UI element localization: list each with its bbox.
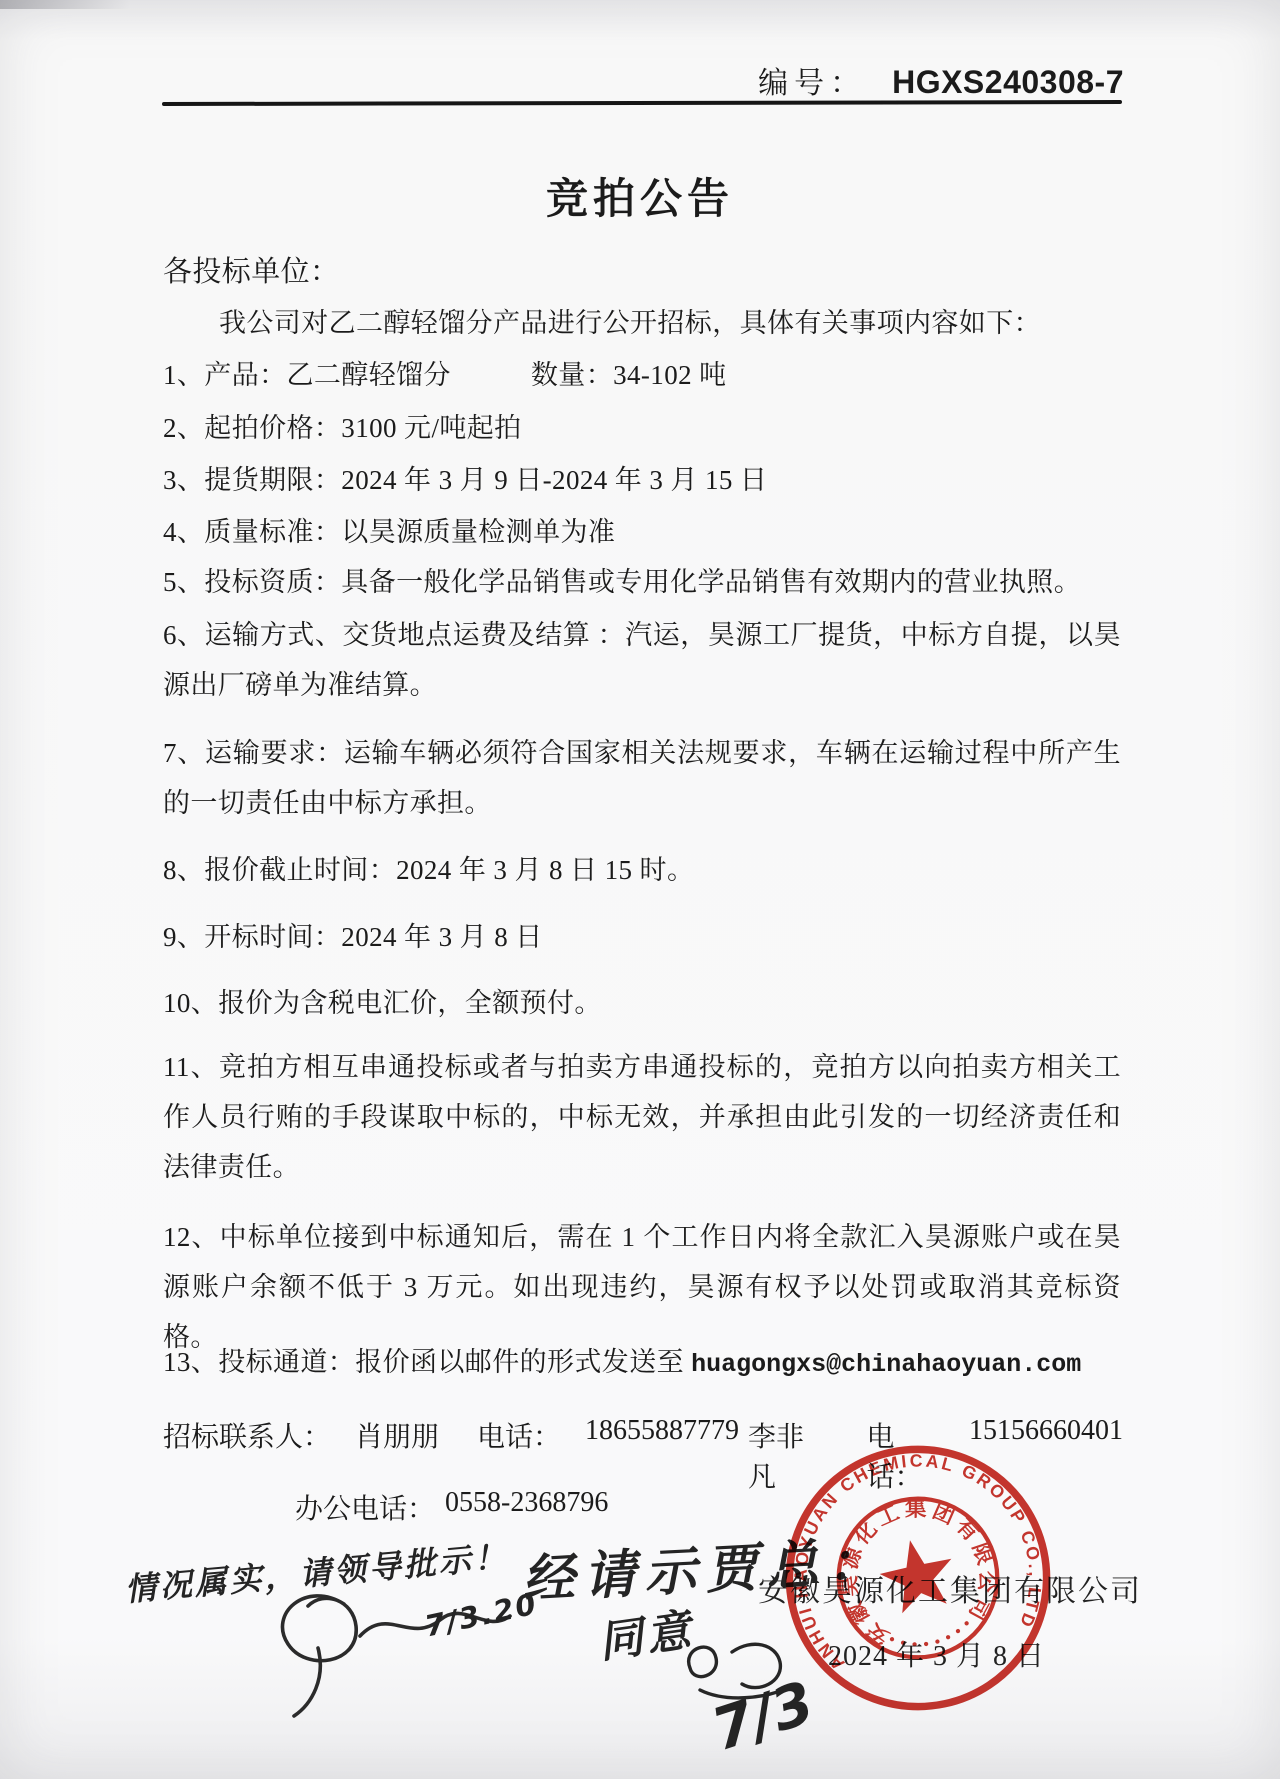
company-stamp: ANHUI HAOYUAN CHEMICAL GROUP CO., LTD 安徽… [740, 1400, 1096, 1756]
list-item-6: 6、运输方式、交货地点运费及结算 ：汽运，昊源工厂提货，中标方自提，以昊源出厂磅… [163, 610, 1121, 710]
list-item-2: 2、起拍价格：3100 元/吨起拍 [163, 408, 1121, 448]
list-item-10: 10、报价为含税电汇价，全额预付。 [163, 983, 1121, 1023]
header-rule [162, 100, 1122, 106]
list-item-8: 8、报价截止时间：2024 年 3 月 8 日 15 时。 [163, 850, 1121, 890]
office-phone-label: 办公电话： [295, 1487, 435, 1527]
intro-paragraph: 我公司对乙二醇轻馏分产品进行公开招标，具体有关事项内容如下： [163, 303, 1121, 343]
stamp-microtext-dots [889, 1621, 971, 1653]
list-item-9: 9、开标时间：2024 年 3 月 8 日 [163, 917, 1121, 957]
bid-email: huagongxs@chinahaoyuan.com [691, 1350, 1081, 1379]
document-number-label: 编号： [758, 58, 866, 102]
list-item-13: 13、投标通道：报价函以邮件的形式发送至 huagongxs@chinahaoy… [163, 1342, 1121, 1385]
contact-1-phone-label: 电话： [477, 1415, 561, 1455]
scanned-auction-notice: 编号： HGXS240308-7 竞拍公告 各投标单位： 我公司对乙二醇轻馏分产… [0, 0, 1280, 1779]
office-phone: 0558-2368796 [445, 1487, 608, 1527]
document-number-value: HGXS240308-7 [892, 64, 1124, 101]
list-item-5: 5、投标资质：具备一般化学品销售或专用化学品销售有效期内的营业执照。 [163, 562, 1121, 602]
list-item-12: 12、中标单位接到中标通知后，需在 1 个工作日内将全款汇入昊源账户或在昊源账户… [163, 1212, 1121, 1362]
contact-1-phone: 18655887779 [585, 1415, 739, 1455]
list-item-7: 7、运输要求：运输车辆必须符合国家相关法规要求，车辆在运输过程中所产生的一切责任… [163, 728, 1121, 828]
contact-label: 招标联系人： [163, 1415, 331, 1455]
contact-1-name: 肖朋朋 [355, 1415, 439, 1455]
stamp-star [874, 1533, 960, 1616]
contact-1: 招标联系人： 肖朋朋 电话： 18655887779 [163, 1415, 739, 1455]
page-title: 竞拍公告 [0, 166, 1280, 226]
list-item-1: 1、产品：乙二醇轻馏分数量：34-102 吨 [163, 355, 1121, 395]
item-1-product: 1、产品：乙二醇轻馏分 [163, 360, 451, 390]
item-13-text: 13、投标通道：报价函以邮件的形式发送至 [163, 1347, 691, 1377]
office-phone-row: 办公电话： 0558-2368796 [295, 1487, 608, 1527]
list-item-4: 4、质量标准：以昊源质量检测单为准 [163, 512, 1121, 552]
list-item-3: 3、提货期限：2024 年 3 月 9 日-2024 年 3 月 15 日 [163, 460, 1121, 500]
item-1-quantity: 数量：34-102 吨 [531, 360, 727, 390]
document-number: 编号： HGXS240308-7 [758, 58, 1124, 102]
salutation: 各投标单位： [163, 252, 1121, 292]
scan-smudge [0, 0, 130, 9]
list-item-11: 11、竞拍方相互串通投标或者与拍卖方串通投标的，竞拍方以向拍卖方相关工作人员行贿… [163, 1042, 1121, 1192]
